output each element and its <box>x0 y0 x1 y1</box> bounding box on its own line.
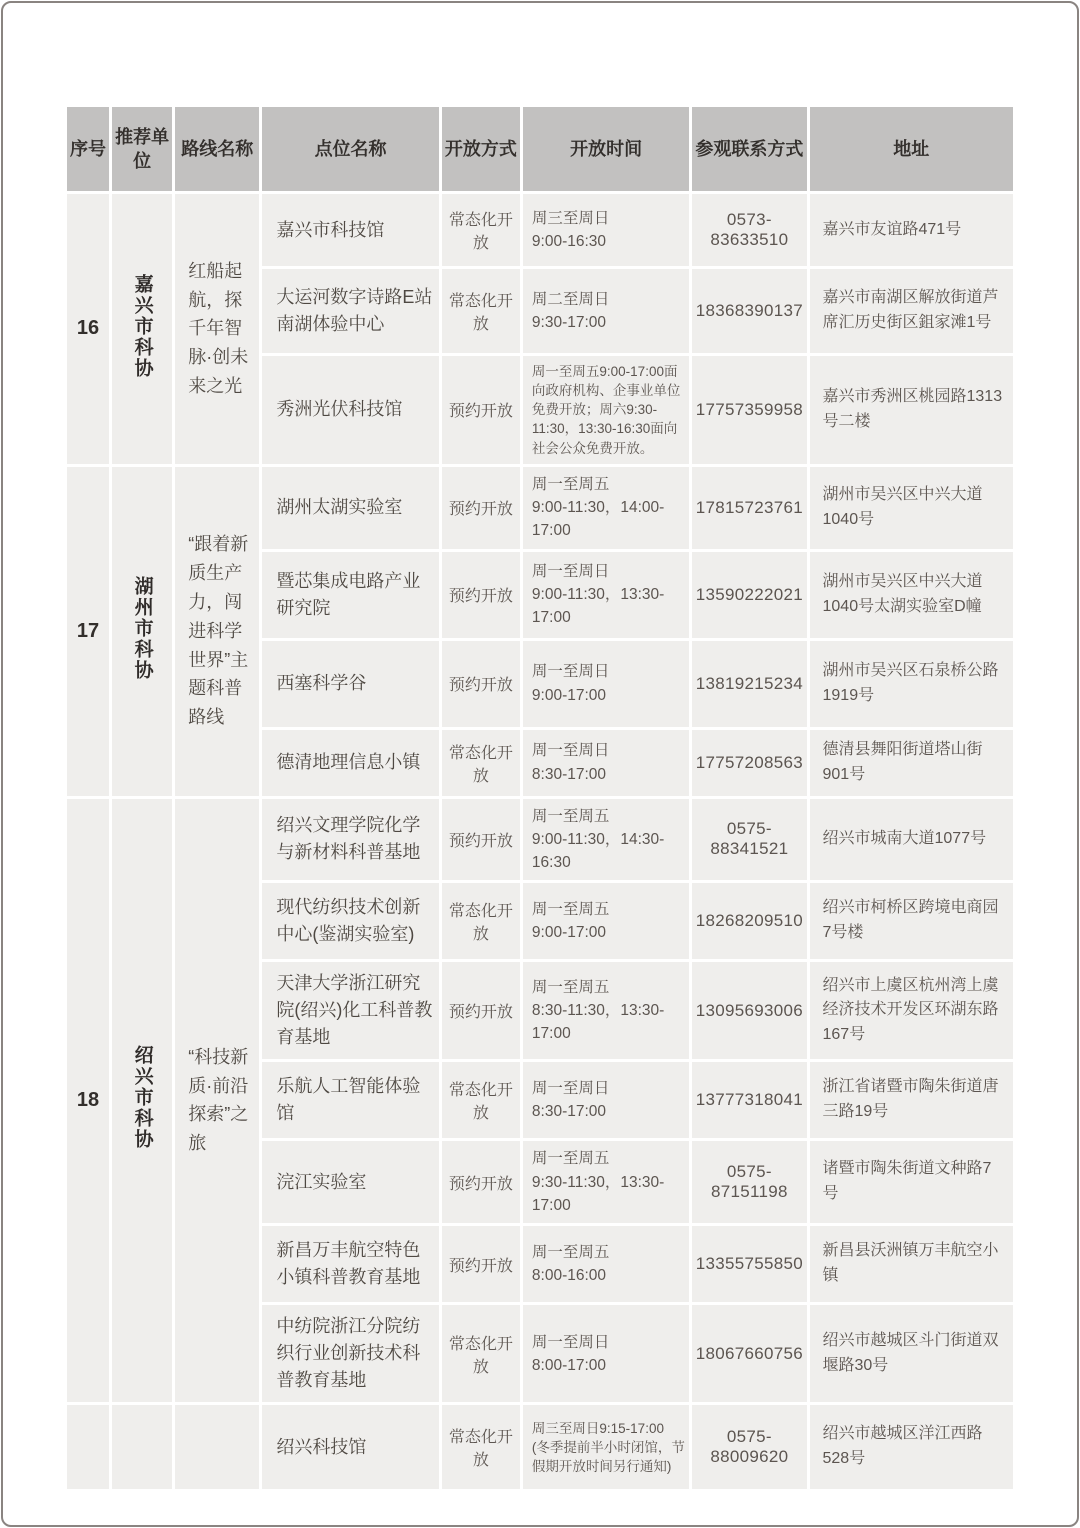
contact-cell: 13590222021 <box>692 552 806 638</box>
open-time-cell: 周一至周五 8:30-11:30，13:30-17:00 <box>523 962 689 1059</box>
table-row: 18 绍兴市科协 “科技新质·前沿探索”之旅 绍兴文理学院化学与新材料科普基地 … <box>67 799 1013 881</box>
open-time-cell: 周一至周五 8:00-16:00 <box>523 1226 689 1302</box>
col-header-time: 开放时间 <box>523 107 689 191</box>
address-cell: 嘉兴市友谊路471号 <box>810 194 1014 266</box>
address-cell: 浙江省诸暨市陶朱街道唐三路19号 <box>810 1062 1014 1138</box>
address-cell: 绍兴市越城区洋江西路528号 <box>810 1405 1014 1489</box>
open-time-cell: 周三至周日 9:00-16:30 <box>523 194 689 266</box>
contact-cell: 13777318041 <box>692 1062 806 1138</box>
address-cell: 绍兴市越城区斗门街道双堰路30号 <box>810 1305 1014 1402</box>
table-row: 绍兴科技馆 常态化开放 周三至周日9:15-17:00 (冬季提前半小时闭馆，节… <box>67 1405 1013 1489</box>
open-mode-cell: 常态化开放 <box>442 1062 520 1138</box>
unit-cell: 绍兴市科协 <box>112 799 172 1403</box>
section-no: 16 <box>67 194 109 464</box>
open-time-cell: 周一至周五 9:30-11:30，13:30-17:00 <box>523 1141 689 1223</box>
table-row: 16 嘉兴市科协 红船起航，探千年智脉·创未来之光 嘉兴市科技馆 常态化开放 周… <box>67 194 1013 266</box>
route-cell: 红船起航，探千年智脉·创未来之光 <box>175 194 259 464</box>
venue-name-cell: 暨芯集成电路产业研究院 <box>262 552 438 638</box>
address-cell: 新昌县沃洲镇万丰航空小镇 <box>810 1226 1014 1302</box>
col-header-unit: 推荐单位 <box>112 107 172 191</box>
col-header-venue: 点位名称 <box>262 107 438 191</box>
section-no: 18 <box>67 799 109 1403</box>
section-no: 17 <box>67 467 109 796</box>
open-time-cell: 周一至周五9:00-17:00面向政府机构、企事业单位免费开放；周六9:30-1… <box>523 356 689 464</box>
contact-cell: 17815723761 <box>692 467 806 549</box>
venue-name-cell: 绍兴文理学院化学与新材料科普基地 <box>262 799 438 881</box>
address-cell: 湖州市吴兴区石泉桥公路1919号 <box>810 641 1014 727</box>
open-mode-cell: 预约开放 <box>442 1226 520 1302</box>
route-cell: “科技新质·前沿探索”之旅 <box>175 799 259 1403</box>
unit-label: 绍兴市科协 <box>133 1045 152 1150</box>
empty-cell <box>67 1405 109 1489</box>
col-header-mode: 开放方式 <box>442 107 520 191</box>
unit-label: 湖州市科协 <box>133 576 152 681</box>
empty-cell <box>175 1405 259 1489</box>
route-cell: “跟着新质生产力，闯进科学世界”主题科普路线 <box>175 467 259 796</box>
contact-cell: 0575-87151198 <box>692 1141 806 1223</box>
address-cell: 绍兴市城南大道1077号 <box>810 799 1014 881</box>
open-time-cell: 周一至周五 9:00-11:30，14:30-16:30 <box>523 799 689 881</box>
address-cell: 绍兴市柯桥区跨境电商园7号楼 <box>810 883 1014 959</box>
address-cell: 嘉兴市秀洲区桃园路1313号二楼 <box>810 356 1014 464</box>
open-time-cell: 周一至周日 8:30-17:00 <box>523 730 689 796</box>
open-time-cell: 周一至周日 9:00-17:00 <box>523 641 689 727</box>
venue-name-cell: 现代纺织技术创新中心(鉴湖实验室) <box>262 883 438 959</box>
contact-cell: 17757208563 <box>692 730 806 796</box>
venue-name-cell: 中纺院浙江分院纺织行业创新技术科普教育基地 <box>262 1305 438 1402</box>
open-time-cell: 周一至周五 9:00-11:30，14:00-17:00 <box>523 467 689 549</box>
contact-cell: 13095693006 <box>692 962 806 1059</box>
contact-cell: 18067660756 <box>692 1305 806 1402</box>
open-time-cell: 周一至周日 8:00-17:00 <box>523 1305 689 1402</box>
venue-name-cell: 乐航人工智能体验馆 <box>262 1062 438 1138</box>
venue-name-cell: 湖州太湖实验室 <box>262 467 438 549</box>
table-header-row: 序号 推荐单位 路线名称 点位名称 开放方式 开放时间 参观联系方式 地址 <box>67 107 1013 191</box>
open-mode-cell: 预约开放 <box>442 641 520 727</box>
table-row: 17 湖州市科协 “跟着新质生产力，闯进科学世界”主题科普路线 湖州太湖实验室 … <box>67 467 1013 549</box>
open-mode-cell: 常态化开放 <box>442 1405 520 1489</box>
open-mode-cell: 预约开放 <box>442 552 520 638</box>
unit-cell: 湖州市科协 <box>112 467 172 796</box>
unit-cell: 嘉兴市科协 <box>112 194 172 464</box>
open-mode-cell: 预约开放 <box>442 1141 520 1223</box>
address-cell: 绍兴市上虞区杭州湾上虞经济技术开发区环湖东路167号 <box>810 962 1014 1059</box>
empty-cell <box>112 1405 172 1489</box>
venue-name-cell: 嘉兴市科技馆 <box>262 194 438 266</box>
open-time-cell: 周一至周日 8:30-17:00 <box>523 1062 689 1138</box>
venue-name-cell: 西塞科学谷 <box>262 641 438 727</box>
contact-cell: 17757359958 <box>692 356 806 464</box>
venue-name-cell: 绍兴科技馆 <box>262 1405 438 1489</box>
open-time-cell: 周一至周五 9:00-17:00 <box>523 883 689 959</box>
open-mode-cell: 常态化开放 <box>442 269 520 353</box>
open-mode-cell: 常态化开放 <box>442 883 520 959</box>
address-cell: 嘉兴市南湖区解放街道芦席汇历史街区鉏家滩1号 <box>810 269 1014 353</box>
open-mode-cell: 预约开放 <box>442 962 520 1059</box>
contact-cell: 0573-83633510 <box>692 194 806 266</box>
col-header-contact: 参观联系方式 <box>692 107 806 191</box>
venue-name-cell: 浣江实验室 <box>262 1141 438 1223</box>
open-time-cell: 周一至周日 9:00-11:30，13:30-17:00 <box>523 552 689 638</box>
open-mode-cell: 预约开放 <box>442 356 520 464</box>
venue-name-cell: 大运河数字诗路E站南湖体验中心 <box>262 269 438 353</box>
venue-name-cell: 德清地理信息小镇 <box>262 730 438 796</box>
open-mode-cell: 常态化开放 <box>442 1305 520 1402</box>
contact-cell: 18268209510 <box>692 883 806 959</box>
science-route-table: 序号 推荐单位 路线名称 点位名称 开放方式 开放时间 参观联系方式 地址 16… <box>64 104 1016 1492</box>
open-time-cell: 周二至周日 9:30-17:00 <box>523 269 689 353</box>
open-mode-cell: 预约开放 <box>442 799 520 881</box>
contact-cell: 18368390137 <box>692 269 806 353</box>
contact-cell: 13355755850 <box>692 1226 806 1302</box>
open-time-cell: 周三至周日9:15-17:00 (冬季提前半小时闭馆，节假期开放时间另行通知) <box>523 1405 689 1489</box>
contact-cell: 0575-88341521 <box>692 799 806 881</box>
venue-name-cell: 新昌万丰航空特色小镇科普教育基地 <box>262 1226 438 1302</box>
address-cell: 诸暨市陶朱街道文种路7号 <box>810 1141 1014 1223</box>
col-header-address: 地址 <box>810 107 1014 191</box>
address-cell: 湖州市吴兴区中兴大道1040号太湖实验室D幢 <box>810 552 1014 638</box>
venue-name-cell: 秀洲光伏科技馆 <box>262 356 438 464</box>
contact-cell: 0575-88009620 <box>692 1405 806 1489</box>
contact-cell: 13819215234 <box>692 641 806 727</box>
venue-name-cell: 天津大学浙江研究院(绍兴)化工科普教育基地 <box>262 962 438 1059</box>
col-header-index: 序号 <box>67 107 109 191</box>
open-mode-cell: 常态化开放 <box>442 194 520 266</box>
col-header-route: 路线名称 <box>175 107 259 191</box>
unit-label: 嘉兴市科协 <box>133 274 152 379</box>
address-cell: 德清县舞阳街道塔山街901号 <box>810 730 1014 796</box>
address-cell: 湖州市吴兴区中兴大道1040号 <box>810 467 1014 549</box>
open-mode-cell: 预约开放 <box>442 467 520 549</box>
open-mode-cell: 常态化开放 <box>442 730 520 796</box>
